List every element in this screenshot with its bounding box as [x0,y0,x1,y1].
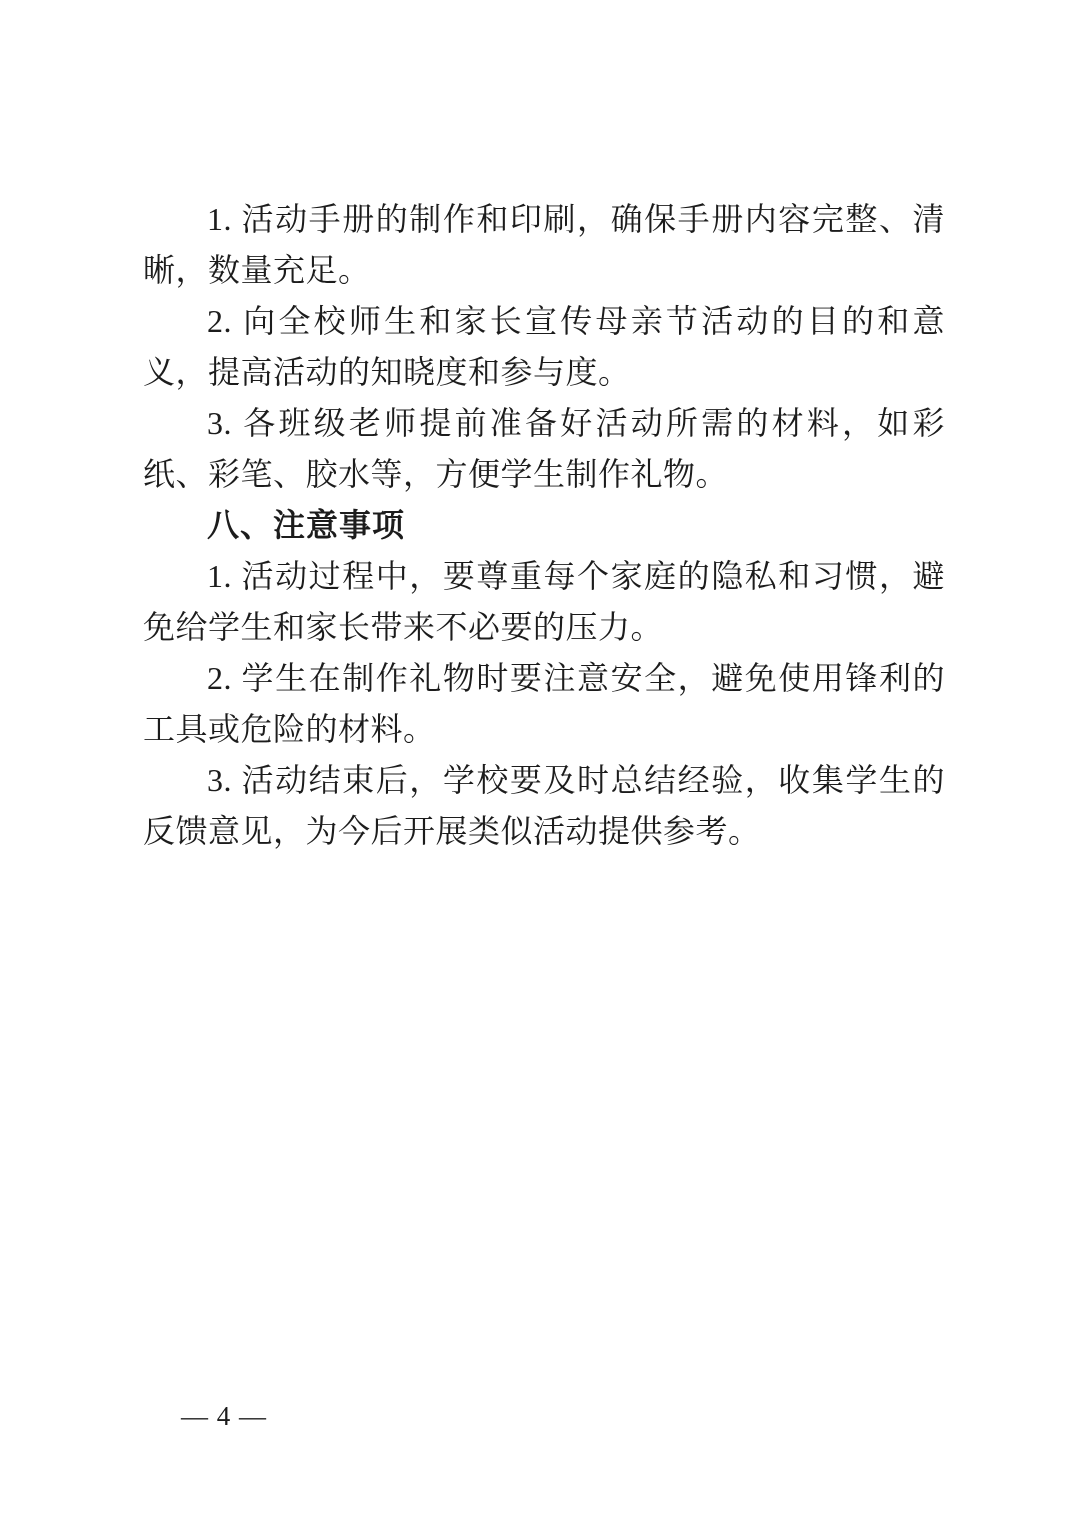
document-page: 1. 活动手册的制作和印刷，确保手册内容完整、清晰，数量充足。 2. 向全校师生… [0,0,1080,1527]
section-heading-notes: 八、注意事项 [143,500,945,551]
paragraph-note-1: 1. 活动过程中，要尊重每个家庭的隐私和习惯，避免给学生和家长带来不必要的压力。 [143,551,945,653]
paragraph-note-3: 3. 活动结束后，学校要及时总结经验，收集学生的反馈意见，为今后开展类似活动提供… [143,755,945,857]
paragraph-note-2: 2. 学生在制作礼物时要注意安全，避免使用锋利的工具或危险的材料。 [143,653,945,755]
paragraph-preparation-2: 2. 向全校师生和家长宣传母亲节活动的目的和意义，提高活动的知晓度和参与度。 [143,296,945,398]
page-number: — 4 — [181,1399,267,1433]
document-body: 1. 活动手册的制作和印刷，确保手册内容完整、清晰，数量充足。 2. 向全校师生… [143,194,945,857]
paragraph-preparation-3: 3. 各班级老师提前准备好活动所需的材料，如彩纸、彩笔、胶水等，方便学生制作礼物… [143,398,945,500]
paragraph-preparation-1: 1. 活动手册的制作和印刷，确保手册内容完整、清晰，数量充足。 [143,194,945,296]
